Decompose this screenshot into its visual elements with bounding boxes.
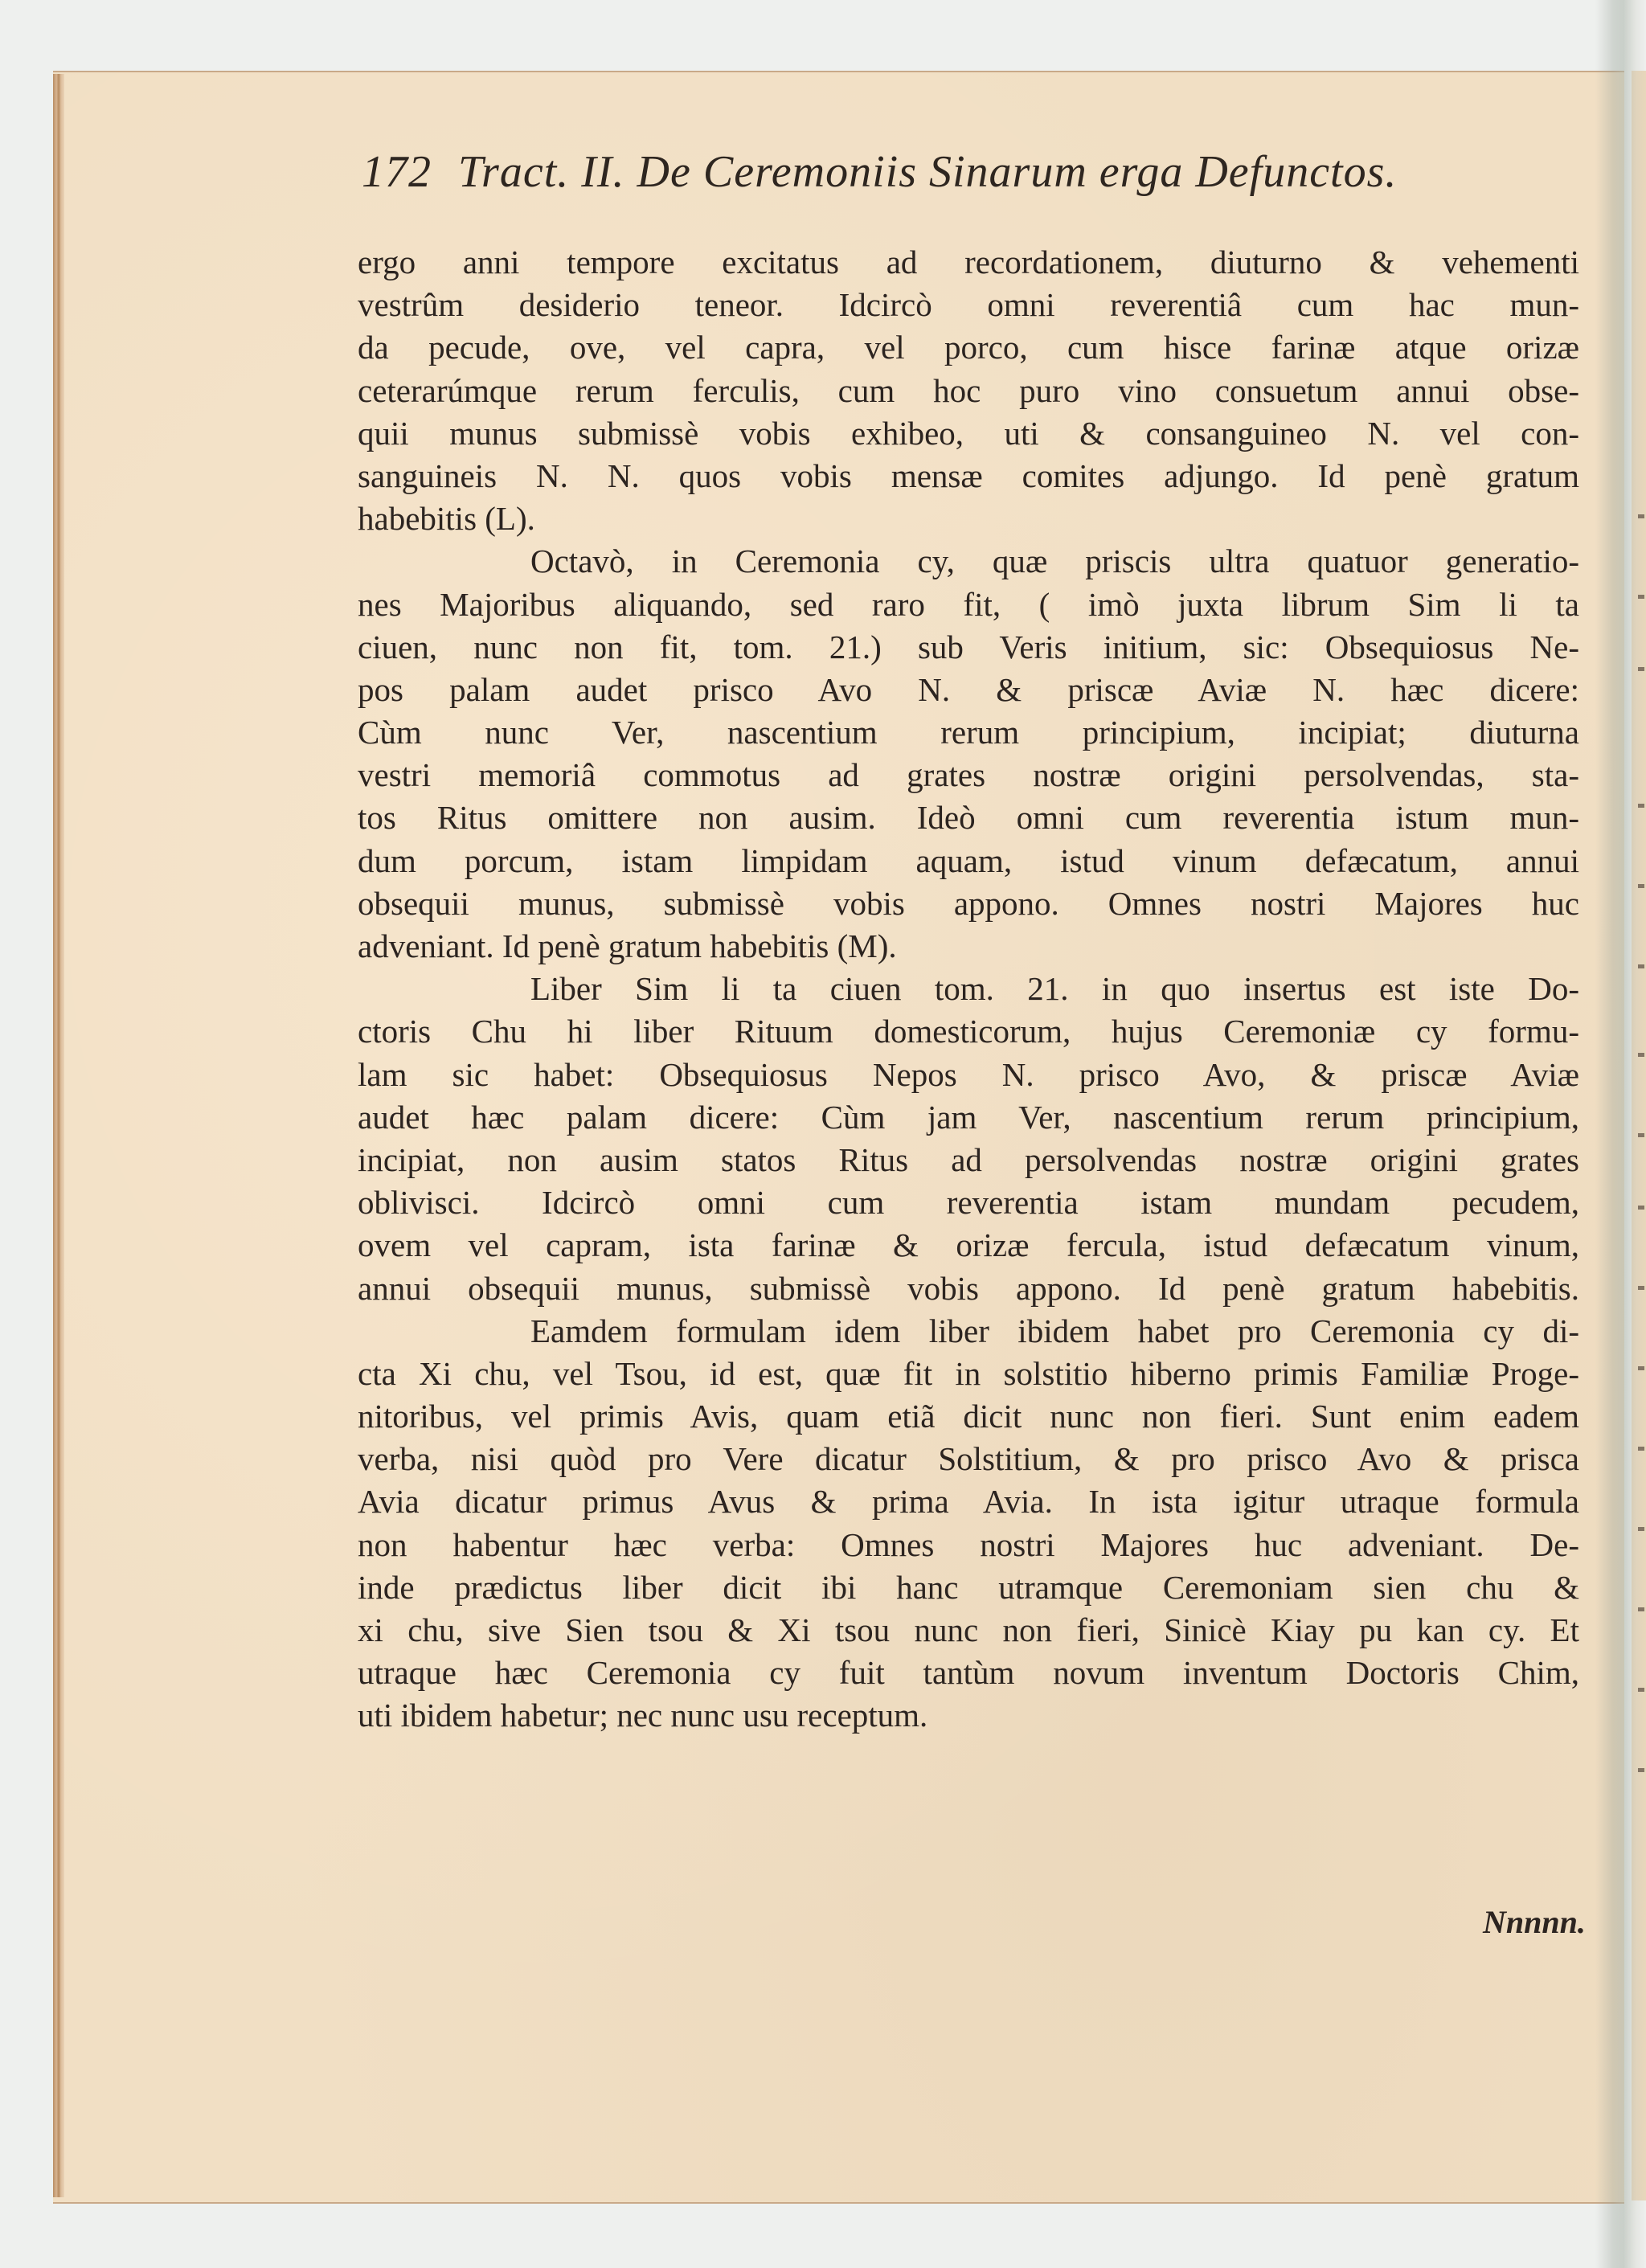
text-line: inde prædictus liber dicit ibi hanc utra… — [358, 1566, 1579, 1609]
bleed-mark — [1638, 1607, 1644, 1611]
text-line: audet hæc palam dicere: Cùm jam Ver, nas… — [358, 1096, 1579, 1139]
bleed-mark — [1638, 1527, 1644, 1531]
bleed-mark — [1638, 1688, 1644, 1692]
text-line: sanguineis N. N. quos vobis mensæ comite… — [358, 455, 1579, 497]
text-line: pos palam audet prisco Avo N. & priscæ A… — [358, 669, 1579, 711]
bleed-mark — [1638, 1447, 1644, 1451]
text-line: Octavò, in Ceremonia cy, quæ priscis ult… — [358, 540, 1579, 583]
text-line: ctoris Chu hi liber Rituum domesticorum,… — [358, 1010, 1579, 1053]
bleed-mark — [1638, 514, 1644, 518]
bleed-mark — [1638, 1768, 1644, 1772]
text-line: Cùm nunc Ver, nascentium rerum principiu… — [358, 711, 1579, 754]
bleed-mark — [1638, 1286, 1644, 1290]
text-line: ceterarúmque rerum ferculis, cum hoc pur… — [358, 370, 1579, 412]
text-line: uti ibidem habetur; nec nunc usu receptu… — [358, 1694, 1579, 1737]
text-line: oblivisci. Idcircò omni cum reverentia i… — [358, 1181, 1579, 1224]
text-line: ergo anni tempore excitatus ad recordati… — [358, 241, 1579, 284]
text-line: quii munus submissè vobis exhibeo, uti &… — [358, 412, 1579, 455]
text-line: vestri memoriâ commotus ad grates nostræ… — [358, 754, 1579, 796]
text-line: cta Xi chu, vel Tsou, id est, quæ fit in… — [358, 1353, 1579, 1395]
bleed-mark — [1638, 1366, 1644, 1370]
text-line: Avia dicatur primus Avus & prima Avia. I… — [358, 1480, 1579, 1523]
text-line: verba, nisi quòd pro Vere dicatur Solsti… — [358, 1438, 1579, 1480]
text-line: incipiat, non ausim statos Ritus ad pers… — [358, 1139, 1579, 1181]
text-line: Liber Sim li ta ciuen tom. 21. in quo in… — [358, 968, 1579, 1010]
bleed-mark — [1638, 884, 1644, 888]
text-line: adveniant. Id penè gratum habebitis (M). — [358, 925, 1579, 968]
bleed-mark — [1638, 804, 1644, 808]
text-line: nitoribus, vel primis Avis, quam etiã di… — [358, 1395, 1579, 1438]
text-line: non habentur hæc verba: Omnes nostri Maj… — [358, 1524, 1579, 1566]
text-line: dum porcum, istam limpidam aquam, istud … — [358, 840, 1579, 882]
text-line: vestrûm desiderio teneor. Idcircò omni r… — [358, 284, 1579, 326]
text-line: da pecude, ove, vel capra, vel porco, cu… — [358, 326, 1579, 369]
catchword: Nnnnn. — [1483, 1903, 1586, 1941]
text-line: lam sic habet: Obsequiosus Nepos N. pris… — [358, 1054, 1579, 1096]
page-edge — [53, 74, 64, 2197]
bleed-mark — [1638, 1133, 1644, 1137]
text-line: utraque hæc Ceremonia cy fuit tantùm nov… — [358, 1652, 1579, 1694]
bleed-mark — [1638, 1053, 1644, 1057]
text-line: obsequii munus, submissè vobis appono. O… — [358, 882, 1579, 925]
bleed-mark — [1638, 667, 1644, 671]
running-head: 172 Tract. II. De Ceremoniis Sinarum erg… — [362, 146, 1583, 203]
text-line: xi chu, sive Sien tsou & Xi tsou nunc no… — [358, 1609, 1579, 1652]
text-line: annui obsequii munus, submissè vobis app… — [358, 1267, 1579, 1310]
running-title: Tract. II. De Ceremoniis Sinarum erga De… — [458, 147, 1397, 197]
bleed-mark — [1638, 964, 1644, 968]
text-line: ciuen, nunc non fit, tom. 21.) sub Veris… — [358, 626, 1579, 669]
text-line: nes Majoribus aliquando, sed raro fit, (… — [358, 583, 1579, 626]
body-text: ergo anni tempore excitatus ad recordati… — [358, 241, 1579, 1738]
bleed-mark — [1638, 1206, 1644, 1210]
text-line: tos Ritus omittere non ausim. Ideò omni … — [358, 796, 1579, 839]
page-number: 172 — [362, 147, 432, 197]
bleed-mark — [1638, 595, 1644, 599]
text-line: habebitis (L). — [358, 497, 1579, 540]
text-line: Eamdem formulam idem liber ibidem habet … — [358, 1310, 1579, 1353]
text-line: ovem vel capram, ista farinæ & orizæ fer… — [358, 1224, 1579, 1267]
